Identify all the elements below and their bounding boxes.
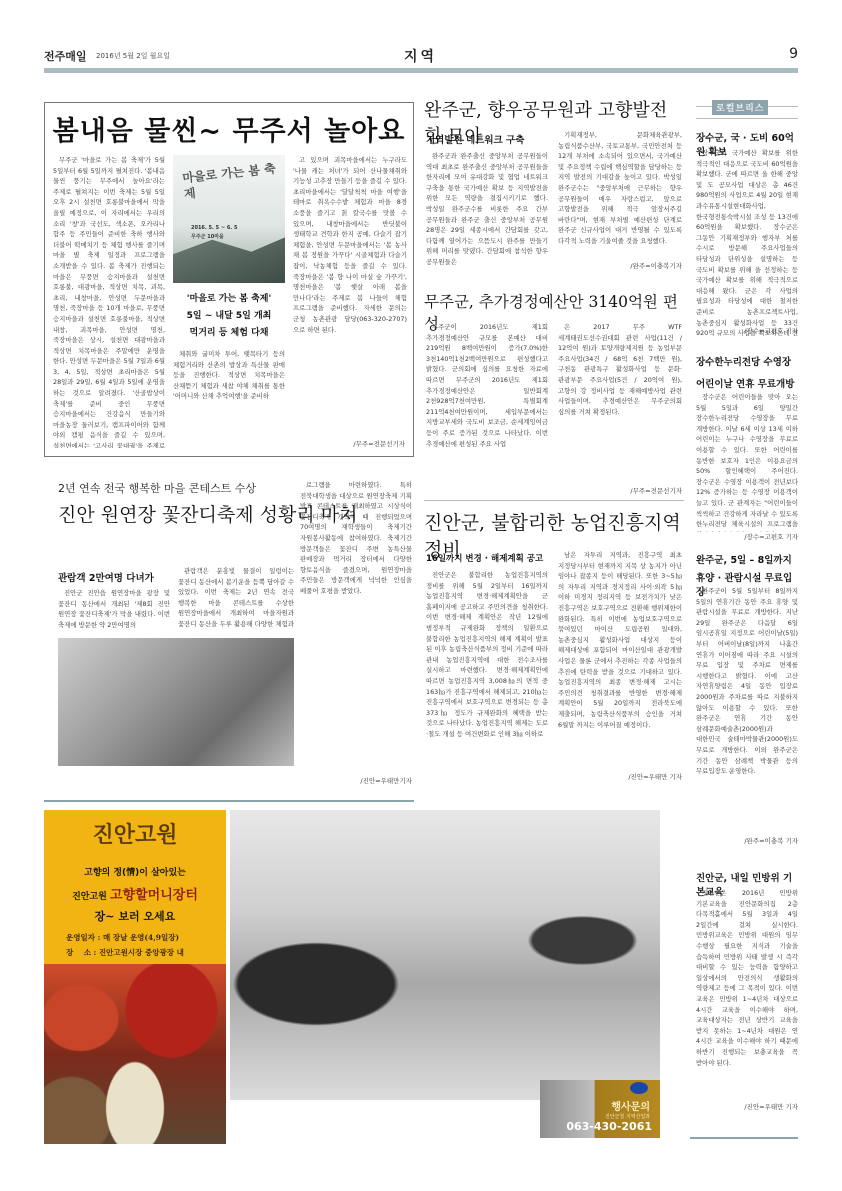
byline: /진안=우태만 기자: [628, 772, 682, 781]
article-body-col3: 로그램을 마련하였다. 특히 전북대학생을 대상으로 원연장축제 기획 발표 콘…: [300, 480, 412, 775]
brief-jangsu-pool: 장수한누리전당 수영장 어린이날 연휴 무료개방 장수군은 어린이들을 맞아 오…: [696, 354, 798, 544]
brief-rule-bottom: [696, 118, 798, 119]
ad-line-2: 진안고원 고향할머니장터: [44, 884, 226, 903]
article-jinan-agri: 진안군, 불합리한 농업진흥지역 정비 16일까지 변경 · 해제계획 공고 진…: [424, 508, 684, 788]
subhead: 관람객 2만여명 다녀가: [58, 570, 154, 584]
poster-illustration: [173, 235, 285, 283]
byline: /장수=고편호 기자: [744, 326, 798, 335]
brief-wanju-free-admission: 완주군, 5일 – 8일까지 휴양 · 관람시설 무료입장 완주군이 5월 5일…: [696, 552, 798, 852]
poster-place: 무주군 10마을: [191, 233, 224, 240]
brief-body: 완주군이 5월 5일부터 8일까지 5일의 연휴기간 동안 주요 휴양 및 관람…: [696, 586, 798, 842]
brief-body: 진안군은 2016년 민방위 기본교육을 진안문화의집 2층 다목적홀에서 5월…: [696, 888, 798, 1098]
article-body-col1: 완주군과 완주출신 중앙부처 공무원들이 역대 최초로 완주출신 중앙부처 공무…: [426, 151, 548, 269]
article-jinan-festival: 2년 연속 전국 행복한 마을 콘테스트 수상 진안 원연장 꽃잔디축제 성황리…: [44, 470, 414, 790]
ad-food-photo: [44, 964, 226, 1144]
ad-info-row-1: 운영일자 : 매 장날 운영(4,9일장): [66, 932, 179, 943]
county-emblem-icon: [630, 1082, 648, 1094]
section-title: 지역: [404, 46, 437, 66]
article-body-col2: 은 2017 무주 WTF 세계태권도선수권대회 관련 사업(11건 / 12억…: [558, 322, 682, 482]
masthead: 전주매일 2016년 5월 2일 월요일 지역 9: [44, 48, 798, 68]
ad-info-value: 진안고원시장 중앙광장 내: [99, 948, 184, 957]
article-muju-budget: 무주군, 추가경정예산안 3140억원 편성 무주군이 2016년도 제1회 추…: [424, 290, 684, 490]
subhead-2: 5일 ~ 내달 5일 개최: [173, 308, 285, 325]
brief-headline: 장수한누리전당 수영장: [696, 354, 798, 368]
byline: /무주=전문선기자: [353, 439, 405, 448]
market-photo: [230, 810, 660, 1100]
article-subheads: '마을로 가는 봄 축제' 5일 ~ 내달 5일 개최 먹거리 등 체험 다채: [173, 291, 285, 342]
ad-logo: 진안고원: [44, 818, 226, 849]
poster-dates: 2016. 5. 5 ~ 6. 5: [191, 225, 237, 231]
headline: 봄내음 물씬~ 무주서 놀아요: [45, 109, 413, 148]
article-body-col2: 기획재정부, 문화체육관광부, 농림식품수산부, 국토교통부, 국민안전처 등 …: [558, 130, 682, 256]
ad-info-row-2: 장 소 : 진안고원시장 중앙광장 내: [66, 947, 184, 958]
article-body-col2: 관람객은 분홍빛 물결이 일렁이는 꽃잔디 동산에서 봄기운을 듬뿍 담아갈 수…: [178, 566, 294, 631]
masthead-rule: [44, 68, 798, 73]
section-rule: [44, 800, 414, 802]
ad-line-2-highlight: 고향할머니장터: [110, 888, 198, 903]
article-wanju-network: 완주군, 향우공무원과 고향발전 힘 모아 지역발전 네트워크 구축 완주군과 …: [424, 96, 684, 276]
brief-jangsu-budget: 장수군, 국 · 도비 60억원 확보 장수군이 국가예산 확보를 위한 적극적…: [696, 130, 798, 335]
article-body-col1: 진안군은 불합리한 농업진흥지역의 정비를 위해 5월 2일부터 16일까지 농…: [426, 570, 548, 780]
poster-calligraphy: 마을로 가는 봄 축제: [182, 160, 285, 202]
contact-phone: 063-430-2061: [566, 1120, 652, 1133]
byline: /무주=전문선기자: [630, 486, 682, 495]
festival-poster: 마을로 가는 봄 축제 2016. 5. 5 ~ 6. 5 무주군 10마을: [173, 155, 285, 283]
contact-band: 행사문의 진안군청 지역산업과 063-430-2061: [540, 1080, 660, 1138]
ad-line-3: 장~ 보러 오세요: [44, 908, 226, 924]
contact-title: 행사문의: [611, 1098, 650, 1113]
brief-tag: 로컬브리스: [712, 100, 768, 115]
subhead-1: '마을로 가는 봄 축제': [173, 291, 285, 308]
article-muju-festival: 봄내음 물씬~ 무주서 놀아요 무주군 '마을로 가는 봄 축제'가 5월 5일…: [44, 102, 414, 457]
ad-info-label: 운영일자: [66, 933, 95, 942]
subhead: 지역발전 네트워크 구축: [426, 132, 524, 146]
brief-jinan-civil-defense: 진안군, 내일 민방위 기본교육 진안군은 2016년 민방위 기본교육을 진안…: [696, 870, 798, 1130]
contact-org: 진안군청 지역산업과: [605, 1113, 650, 1120]
festival-visitors-photo: [58, 638, 294, 766]
byline: /진안=우태만기자: [360, 776, 412, 785]
brief-headline: 완주군, 5일 – 8일까지: [696, 552, 798, 566]
article-body-col1: 무주군이 2016년도 제1회 추가경정예산안 규모를 본예산 대비 219억원…: [426, 322, 548, 497]
brief-headline-2: 어린이날 연휴 무료개방: [696, 376, 798, 390]
brief-body: 장수군이 국가예산 확보를 위한 적극적인 대응으로 국도비 60억원을 확보했…: [696, 148, 798, 336]
brief-body: 장수군은 어린이들을 맞아 오는 5월 5일과 6일 양일간 장수한누리전당 수…: [696, 392, 798, 532]
kicker: 2년 연속 전국 행복한 마을 콘테스트 수상: [58, 480, 256, 496]
byline: /진안=우태만 기자: [744, 1102, 798, 1111]
article-body-col2: 남은 자투리 지역과, 진흥구역 최초 지정당시부터 현재까지 지목 상 농지가…: [558, 550, 682, 774]
issue-date: 2016년 5월 2일 월요일: [96, 51, 170, 61]
byline: /장수=고편호 기자: [744, 532, 798, 541]
article-body-col3: 고 있으며 괴목마을에서는 누구라도 '나물 캐는 처녀'가 되어 산나물채취와…: [293, 155, 407, 435]
ad-line-2-prefix: 진안고원: [72, 892, 107, 902]
ad-line-1: 고향의 정(情)이 살아있는: [44, 865, 226, 878]
article-body-col1: 진안군 진안읍 원연장마을 광장 및 꽃잔디 동산에서 개최된 '제8회 진안 …: [58, 588, 170, 631]
bottom-rule: [690, 1137, 798, 1139]
subhead-3: 먹거리 등 체험 다채: [173, 325, 285, 342]
market-advertisement: 진안고원 고향의 정(情)이 살아있는 진안고원 고향할머니장터 장~ 보러 오…: [44, 810, 226, 1144]
page-number: 9: [789, 46, 798, 62]
byline: /완주=이충복 기자: [744, 836, 798, 845]
byline: /완주=이충복기자: [630, 261, 682, 270]
section-divider: [424, 500, 684, 501]
subhead: 16일까지 변경 · 해제계획 공고: [426, 552, 543, 564]
newspaper-brand: 전주매일: [44, 48, 87, 64]
article-body-col1: 무주군 '마을로 가는 봄 축제'가 5월 5일부터 6월 5일까지 펼쳐진다.…: [53, 155, 165, 448]
ad-info-value: 매 장날 운영(4,9일장): [103, 933, 179, 942]
ad-info-label: 장 소: [66, 948, 91, 957]
article-body-col2: 체취와 굴미차 투어, 뗏목타기 등의 체험거리와 산촌의 밥상과 특산물 판매…: [173, 349, 285, 448]
